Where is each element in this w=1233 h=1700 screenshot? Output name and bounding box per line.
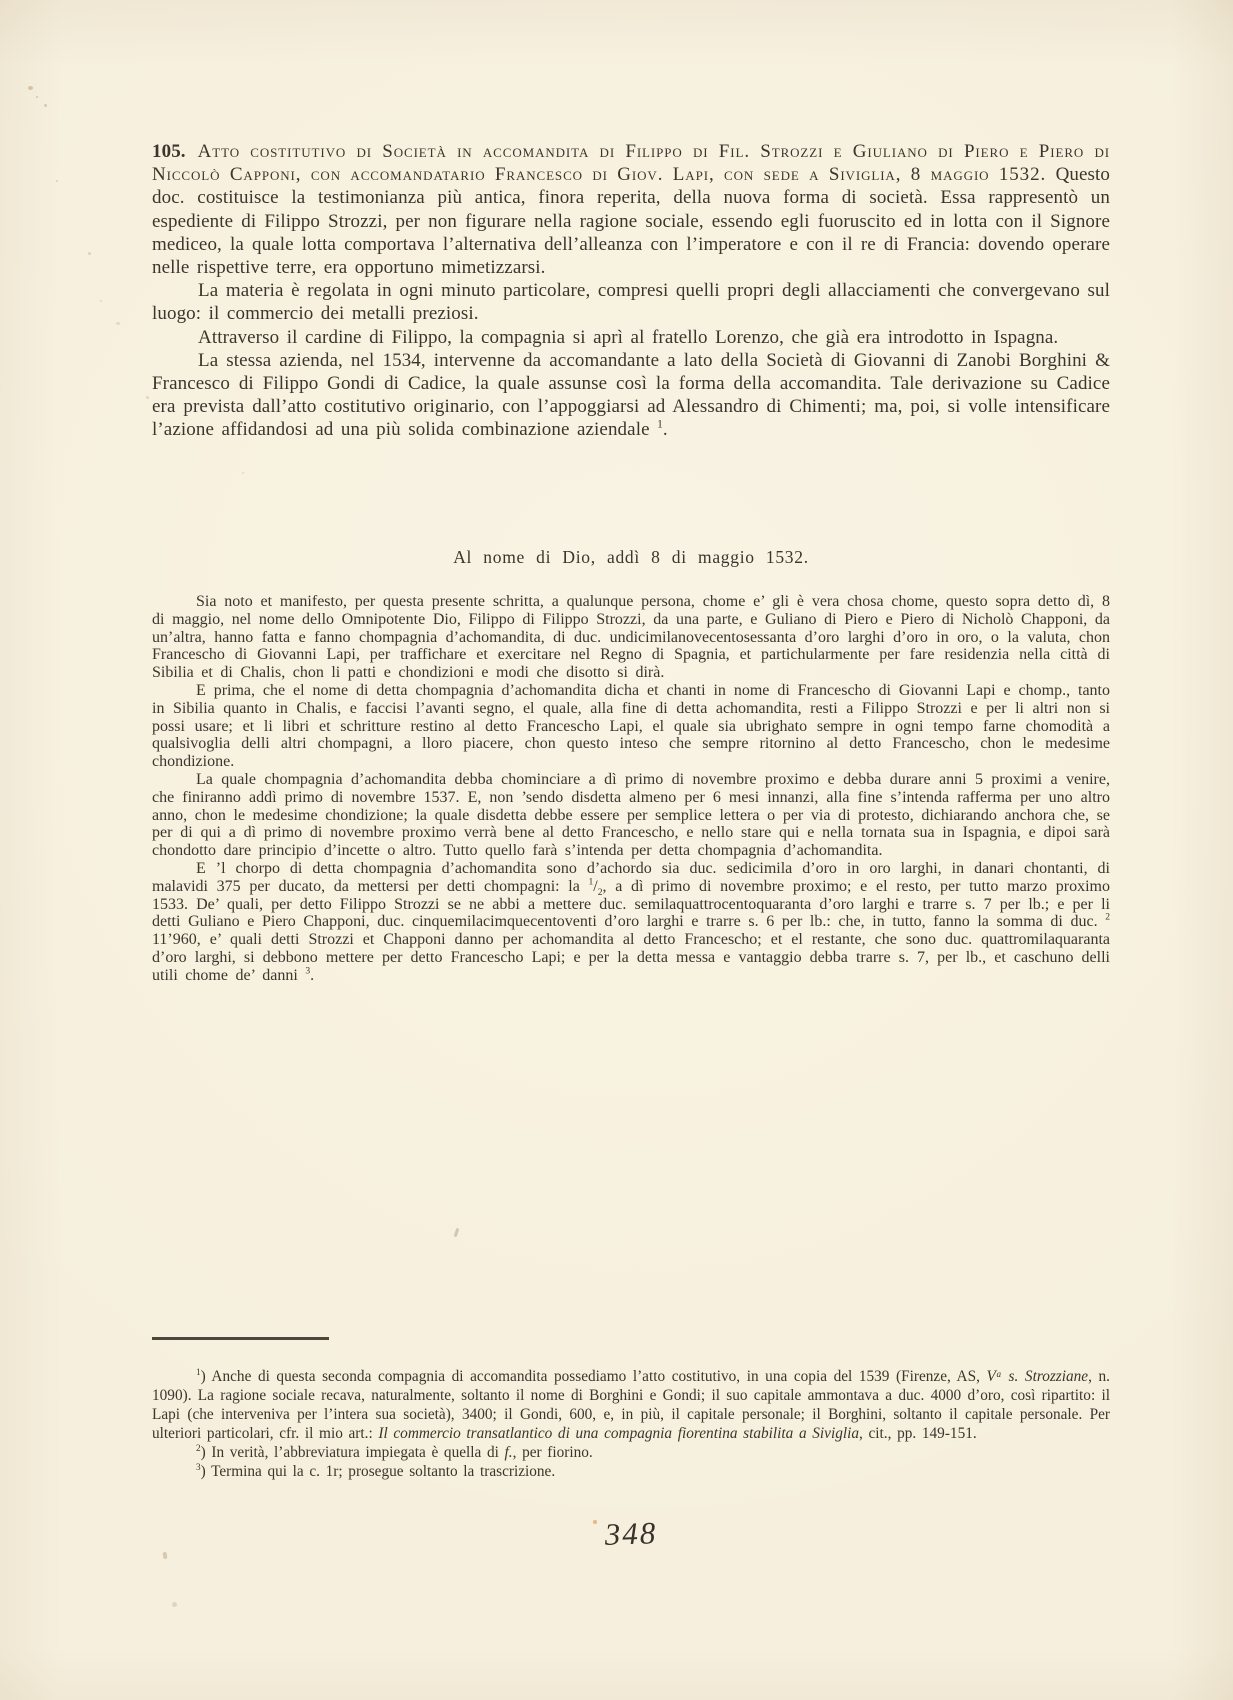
entry-heading-paragraph: 105.Atto costitutivo di Società in accom…: [152, 140, 1110, 279]
footnote: 1) Anche di questa seconda compagnia di …: [152, 1367, 1110, 1443]
transcription-paragraph: E ’l chorpo di detta chompagnia d’achoma…: [152, 860, 1110, 985]
page-speckle: [88, 252, 91, 255]
footnote: 2) In verità, l’abbreviatura impiegata è…: [152, 1443, 1110, 1462]
entry-description: 105.Atto costitutivo di Società in accom…: [152, 140, 1110, 442]
document-transcription: Sia noto et manifesto, per questa presen…: [152, 593, 1110, 985]
page-speckle: [242, 472, 244, 474]
book-page: 105.Atto costitutivo di Società in accom…: [0, 0, 1233, 1700]
entry-paragraph: La materia è regolata in ogni minuto par…: [152, 279, 1110, 325]
footnotes: 1) Anche di questa seconda compagnia di …: [152, 1367, 1110, 1481]
entry-paragraph: La stessa azienda, nel 1534, intervenne …: [152, 349, 1110, 442]
page-number: 348: [152, 1499, 1111, 1568]
transcription-paragraph: Sia noto et manifesto, per questa presen…: [152, 593, 1110, 682]
pencil-mark: [454, 1228, 460, 1237]
document-dateline: Al nome di Dio, addì 8 di maggio 1532.: [152, 547, 1110, 568]
page-speckle: [100, 300, 102, 302]
entry-paragraph: Attraverso il cardine di Filippo, la com…: [152, 326, 1110, 349]
transcription-paragraph: La quale chompagnia d’achomandita debba …: [152, 771, 1110, 860]
page-speckle: [44, 104, 47, 107]
transcription-paragraph: E prima, che el nome di detta chompagnia…: [152, 682, 1110, 771]
pencil-mark: [172, 1602, 177, 1607]
page-speckle: [116, 322, 120, 325]
page-speckle: [36, 96, 38, 98]
footnote-divider: [152, 1337, 329, 1340]
page-speckle: [28, 86, 33, 90]
page-speckle: [146, 396, 149, 399]
footnote: 3) Termina qui la c. 1r; prosegue soltan…: [152, 1462, 1110, 1481]
page-speckle: [56, 180, 58, 182]
